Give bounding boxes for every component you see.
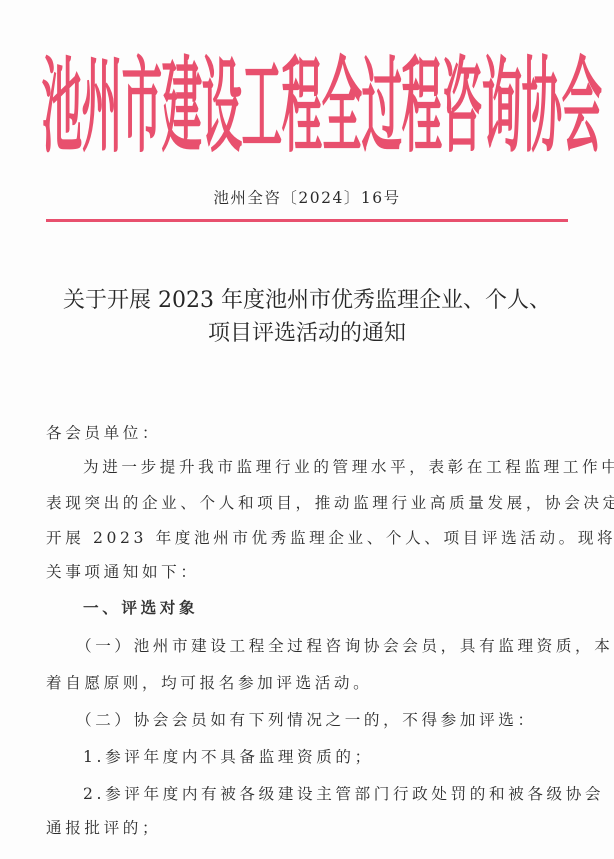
- notice-title-line-2: 项目评选活动的通知: [30, 316, 584, 347]
- letterhead-char: 市: [122, 57, 159, 160]
- letterhead-char: 建: [162, 57, 199, 160]
- letterhead-organization-name: 池 州 市 建 设 工 程 全 过 程 咨 询 协 会: [40, 50, 570, 168]
- letterhead-char: 州: [82, 57, 119, 160]
- letterhead-char: 全: [322, 57, 359, 160]
- letterhead-char: 设: [202, 57, 239, 160]
- intro-paragraph-line: 开展 2023 年度池州市优秀监理企业、个人、项目评选活动。现将有: [46, 528, 576, 548]
- document-page: 池 州 市 建 设 工 程 全 过 程 咨 询 协 会 池州全咨〔2024〕16…: [0, 0, 614, 859]
- letterhead-char: 过: [362, 57, 399, 160]
- sub-item-1: 1.参评年度内不具备监理资质的；: [83, 747, 613, 767]
- item-2-line: （二）协会会员如有下列情况之一的，不得参加评选：: [76, 710, 606, 730]
- salutation: 各会员单位：: [46, 423, 576, 443]
- sub-item-2-line: 通报批评的；: [46, 818, 576, 838]
- item-1-line: （一）池州市建设工程全过程咨询协会会员，具有监理资质，本: [76, 636, 606, 656]
- letterhead-char: 协: [522, 57, 559, 160]
- document-number: 池州全咨〔2024〕16号: [0, 186, 614, 208]
- section-heading-selection-targets: 一、评选对象: [83, 598, 613, 618]
- letterhead-char: 程: [402, 57, 439, 160]
- letterhead-char: 咨: [442, 57, 479, 160]
- letterhead-char: 工: [242, 57, 279, 160]
- letterhead-char: 会: [562, 57, 599, 160]
- red-separator-rule: [46, 219, 568, 222]
- sub-item-2-line: 2.参评年度内有被各级建设主管部门行政处罚的和被各级协会: [83, 784, 613, 804]
- intro-paragraph-line: 为进一步提升我市监理行业的管理水平，表彰在工程监理工作中: [83, 457, 613, 477]
- letterhead-char: 程: [282, 57, 319, 160]
- intro-paragraph-line: 关事项通知如下：: [46, 562, 576, 582]
- item-1-line: 着自愿原则，均可报名参加评选活动。: [46, 673, 576, 693]
- notice-title-line-1: 关于开展 2023 年度池州市优秀监理企业、个人、: [30, 283, 584, 314]
- letterhead-char: 池: [42, 57, 79, 160]
- letterhead-char: 询: [482, 57, 519, 160]
- intro-paragraph-line: 表现突出的企业、个人和项目，推动监理行业高质量发展，协会决定: [46, 493, 576, 513]
